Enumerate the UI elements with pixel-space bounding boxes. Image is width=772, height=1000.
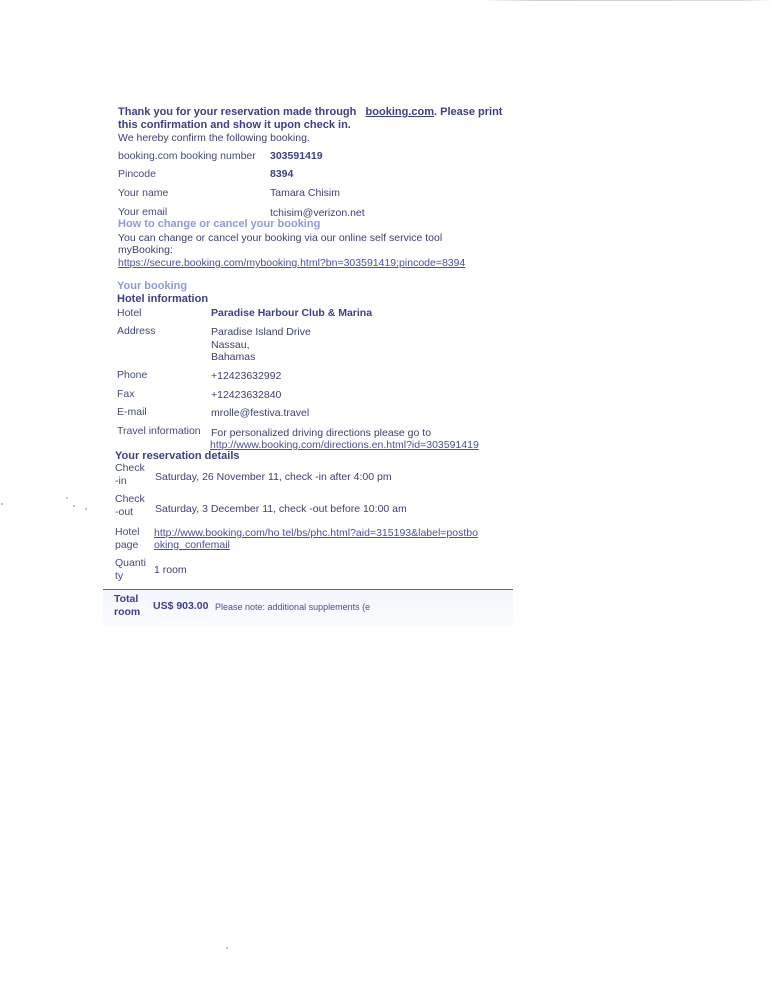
scan-speck (226, 947, 228, 949)
supplements-note: Please note: additional supplements (e (215, 602, 370, 612)
checkout-label-line-2: -out (115, 506, 145, 518)
your-booking-heading: Your booking (117, 280, 187, 292)
phone-label: Phone (117, 369, 147, 381)
hotel-page-label-line-2: page (115, 539, 140, 551)
hotel-page-link-line-2[interactable]: oking_confemail (154, 539, 230, 551)
total-divider (103, 589, 513, 590)
checkin-label-line-1: Check (115, 462, 145, 474)
total-label-line-1: Total (114, 593, 140, 606)
change-cancel-text: You can change or cancel your booking vi… (118, 232, 442, 244)
hotel-name: Paradise Harbour Club & Marina (211, 307, 372, 319)
hotel-information-heading: Hotel information (117, 293, 208, 305)
address-line-2: Nassau, (211, 339, 250, 351)
email-label: Your email (118, 206, 167, 218)
mybooking-link[interactable]: https://secure.booking.com/mybooking.htm… (118, 257, 465, 269)
hotel-page-link-line-1[interactable]: http://www.booking.com/ho tel/bs/phc.htm… (154, 527, 478, 539)
scan-page-edge (480, 0, 772, 1)
address-line-3: Bahamas (211, 351, 255, 363)
total-room-label: Total room (114, 593, 140, 619)
intro-text: Thank you for your reservation made thro… (118, 106, 356, 118)
total-label-line-2: room (114, 606, 140, 619)
checkout-label: Check -out (115, 493, 145, 518)
intro-line-1: Thank you for your reservation made thro… (118, 106, 502, 118)
hotel-phone: +12423632992 (211, 370, 281, 382)
total-price: US$ 903.00 (153, 600, 208, 612)
directions-link[interactable]: http://www.booking.com/directions.en.htm… (210, 439, 479, 451)
guest-name: Tamara Chisim (270, 187, 340, 199)
checkin-label: Check -in (115, 462, 145, 487)
travel-info-text: For personalized driving directions plea… (211, 427, 431, 439)
pincode-label: Pincode (118, 168, 156, 180)
hotel-email: mrolle@festiva.travel (211, 407, 309, 419)
name-label: Your name (118, 187, 168, 199)
mybooking-label: myBooking: (118, 244, 173, 256)
intro-line-2: this confirmation and show it upon check… (118, 119, 351, 131)
room-quantity: 1 room (154, 564, 187, 576)
scan-speck (66, 497, 68, 499)
hotel-fax: +12423632840 (211, 389, 281, 401)
booking-number-label: booking.com booking number (118, 150, 256, 162)
address-label: Address (117, 325, 156, 337)
scan-speck (85, 508, 87, 510)
change-cancel-heading: How to change or cancel your booking (118, 218, 320, 230)
hotel-page-label-line-1: Hotel (115, 526, 140, 538)
quantity-label: Quanti ty (115, 557, 146, 582)
scan-speck (1, 503, 3, 505)
intro-line-3: We hereby confirm the following booking. (118, 132, 310, 144)
checkout-date: Saturday, 3 December 11, check -out befo… (155, 503, 407, 515)
pincode: 8394 (270, 168, 293, 180)
hotel-label: Hotel (117, 307, 142, 319)
checkout-label-line-1: Check (115, 493, 145, 505)
address-line-1: Paradise Island Drive (211, 326, 311, 338)
booking-number: 303591419 (270, 150, 323, 162)
reservation-details-heading: Your reservation details (115, 450, 240, 462)
checkin-label-line-2: -in (115, 475, 145, 487)
hotel-page-label: Hotel page (115, 526, 140, 551)
checkin-date: Saturday, 26 November 11, check -in afte… (155, 471, 392, 483)
booking-com-link[interactable]: booking.com (366, 106, 434, 118)
quantity-label-line-1: Quanti (115, 557, 146, 569)
fax-label: Fax (117, 388, 135, 400)
scan-speck (73, 505, 75, 507)
hotel-email-label: E-mail (117, 406, 147, 418)
intro-suffix: . Please print (434, 106, 502, 118)
travel-info-label: Travel information (117, 425, 201, 437)
quantity-label-line-2: ty (115, 570, 146, 582)
